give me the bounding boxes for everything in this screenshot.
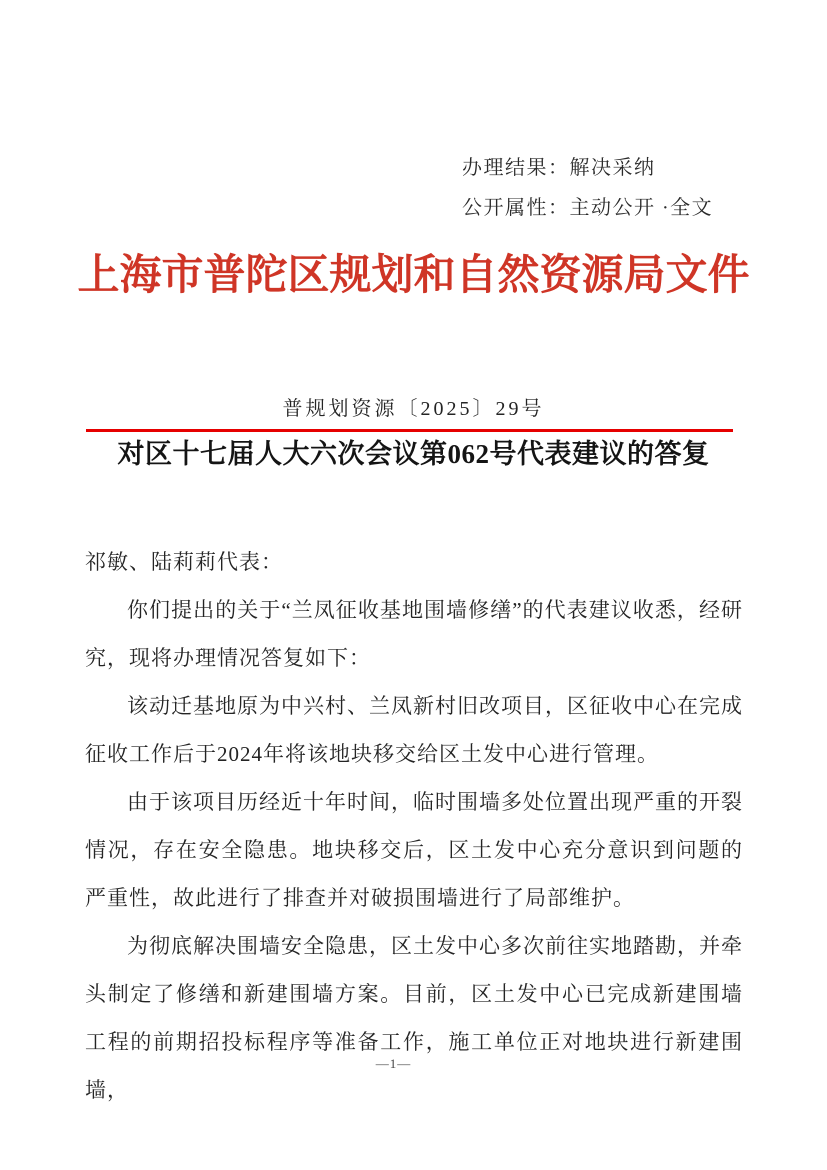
salutation: 祁敏、陆莉莉代表： xyxy=(85,538,743,586)
body-paragraph: 由于该项目历经近十年时间，临时围墙多处位置出现严重的开裂情况，存在安全隐患。地块… xyxy=(85,778,743,922)
page-number: —1— xyxy=(0,1056,787,1072)
header-meta: 办理结果：解决采纳 公开属性：主动公开 ·全文 xyxy=(462,148,713,228)
masthead-divider-line xyxy=(86,429,733,432)
document-number: 普规划资源〔2025〕29号 xyxy=(0,392,827,421)
document-page: 办理结果：解决采纳 公开属性：主动公开 ·全文 上海市普陀区规划和自然资源局文件… xyxy=(0,0,827,1170)
body-paragraph: 为彻底解决围墙安全隐患，区土发中心多次前往实地踏勘，并牵头制定了修缮和新建围墙方… xyxy=(85,922,743,1114)
body-paragraph: 该动迁基地原为中兴村、兰凤新村旧改项目，区征收中心在完成征收工作后于2024年将… xyxy=(85,682,743,778)
document-title: 对区十七届人大六次会议第062号代表建议的答复 xyxy=(0,438,827,472)
publicity-attribute-line: 公开属性：主动公开 ·全文 xyxy=(462,188,713,228)
document-body: 祁敏、陆莉莉代表： 你们提出的关于“兰凤征收基地围墙修缮”的代表建议收悉，经研究… xyxy=(85,538,743,1114)
body-paragraph: 你们提出的关于“兰凤征收基地围墙修缮”的代表建议收悉，经研究，现将办理情况答复如… xyxy=(85,586,743,682)
agency-masthead-title: 上海市普陀区规划和自然资源局文件 xyxy=(0,252,827,302)
handling-result-line: 办理结果：解决采纳 xyxy=(462,148,713,188)
